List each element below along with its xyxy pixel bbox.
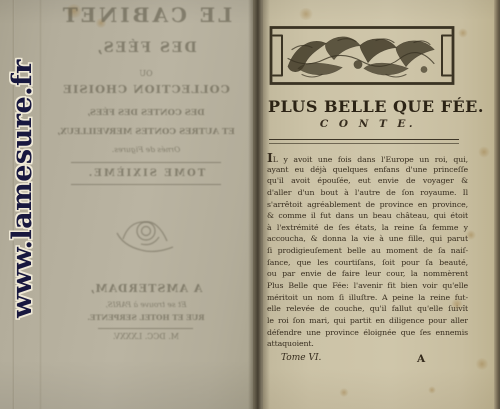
story-subtitle: C O N T E. [268,118,468,130]
foxing-spot [475,358,489,370]
showthrough-rule [71,184,221,185]
showthrough-rule [99,328,194,329]
text-line: d'aller d'un bout à l'autre de ſon royau… [267,187,468,199]
text-line: Plus Belle que Fée: l'avenir fit bien vo… [267,280,468,292]
text-line: elle relevée de couche, qu'il fallut qu'… [267,303,468,315]
showthrough-line: COLLECTION CHOISIE [62,82,230,96]
showthrough-imprint-date: M. DCC. LXXXV. [113,332,179,341]
text-line: à l'extrémité de ſes états, la reine ſa … [267,222,468,234]
showthrough-rule [71,162,221,163]
showthrough-line: OU [139,69,152,78]
showthrough-series-title: LE CABINET [60,3,232,27]
headpiece-ornament [268,24,456,87]
text-line: s'arrêtoit agréablement de province en p… [267,199,468,211]
foxing-spot [458,28,468,38]
text-line: & comme il fut dans un beau château, qui… [267,210,468,222]
showthrough-imprint-address: RUE ET HOTEL SERPENTE. [87,313,204,322]
title-rule [269,139,459,144]
page-fore-edge [494,0,500,409]
body-text: IL y avoit une fois dans l'Europe un roi… [267,152,468,350]
page-footer: Tome VI. A [267,353,468,367]
watermark-text: www.lamesure.fr [7,59,38,318]
text-line: ayant eu déjà quelques enfans d'une prin… [267,164,468,176]
volume-label: Tome VI. [281,353,321,363]
showthrough-line: DES FÉES, [95,40,197,56]
text-line: IL y avoit une fois dans l'Europe un roi… [267,152,468,164]
showthrough-imprint-city: A AMSTERDAM, [90,282,203,295]
foxing-spot [428,386,436,394]
foxing-spot [298,8,314,20]
foxing-spot [478,146,490,158]
title-page-showthrough: LE CABINET DES FÉES, OU COLLECTION CHOIS… [40,0,252,409]
text-line: le roi ſon mari, qui partit en diligence… [267,315,468,327]
showthrough-line: ET AUTRES CONTES MERVEILLEUX, [57,127,235,137]
foxing-spot [466,230,476,240]
showthrough-line: DES CONTES DES FÉES, [87,108,205,118]
showthrough-volume: TOME SIXIÈME. [87,168,205,179]
text-line: ou par envie de faire leur cour, la nomm… [267,268,468,280]
showthrough-imprint: Et se trouve à PARIS, [105,300,186,309]
open-book-photo: LE CABINET DES FÉES, OU COLLECTION CHOIS… [0,0,500,409]
text-line: accoucha, & donna la vie à une fille, qu… [267,233,468,245]
foxing-spot [451,298,463,310]
right-page: PLUS BELLE QUE FÉE. C O N T E. IL y avoi… [263,0,496,409]
showthrough-line: Ornés de Figures. [112,145,180,154]
story-title: PLUS BELLE QUE FÉE. [268,97,468,116]
text-line: défendre une province éloignée que ſes e… [267,327,468,339]
text-line: ſi prodigieuſement belle au moment de ſa… [267,245,468,257]
vignette-ornament [113,211,179,255]
text-line: ſance, que les courtiſans, ſoit pour ſa … [267,257,468,269]
foxing-spot [339,388,349,397]
text-line: qu'il avoit épouſée, eut envie de voyage… [267,175,468,187]
text-line: attaquoient. [267,338,468,350]
text-line: méritoit un nom ſi illuſtre. A peine la … [267,292,468,304]
signature-mark: A [417,353,425,365]
